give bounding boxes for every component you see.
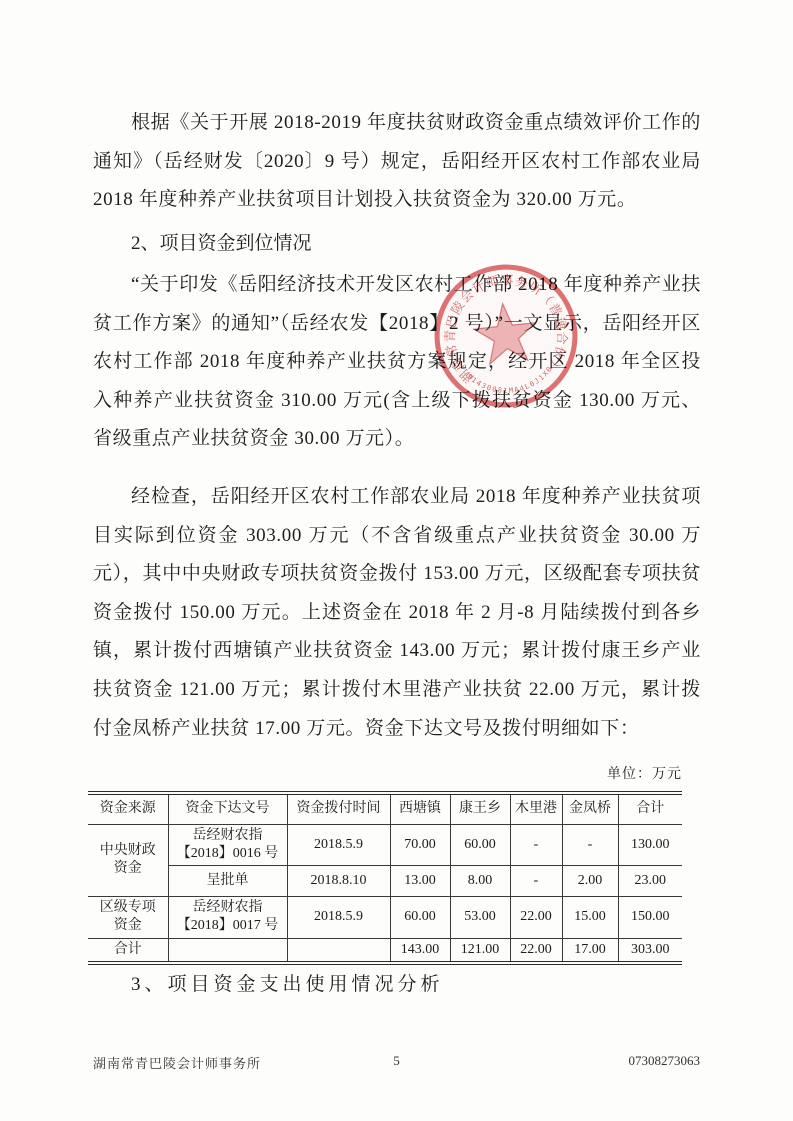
cell-total-value: 17.00 (562, 938, 618, 963)
col-header-muligang: 木里港 (510, 793, 562, 824)
cell-value: 22.00 (510, 896, 562, 938)
col-header-pay-date: 资金拨付时间 (287, 793, 390, 824)
fund-allocation-table: 资金来源 资金下达文号 资金拨付时间 西塘镇 康王乡 木里港 金凤桥 合计 中央… (88, 791, 682, 965)
cell-grand-total: 303.00 (618, 938, 682, 963)
cell-source-district: 区级专项资金 (88, 896, 168, 938)
col-header-kangwang: 康王乡 (450, 793, 510, 824)
cell-total-label: 合计 (88, 938, 168, 963)
table-row-district: 区级专项资金 岳经财农指【2018】0017 号 2018.5.9 60.00 … (88, 896, 682, 938)
cell-value: - (510, 824, 562, 865)
section-heading-2: 2、项目资金到位情况 (93, 225, 701, 264)
cell-row-total: 150.00 (618, 896, 682, 938)
cell-doc-0017: 岳经财农指【2018】0017 号 (168, 896, 287, 938)
cell-empty (287, 938, 390, 963)
col-header-fund-source: 资金来源 (88, 793, 168, 824)
cell-total-value: 121.00 (450, 938, 510, 963)
cell-value: 15.00 (562, 896, 618, 938)
col-header-total: 合计 (618, 793, 682, 824)
cell-value: 53.00 (450, 896, 510, 938)
cell-source-central: 中央财政资金 (88, 824, 168, 896)
cell-value: 2.00 (562, 865, 618, 896)
col-header-jinfengqiao: 金凤桥 (562, 793, 618, 824)
cell-value: - (510, 865, 562, 896)
paragraph-fund-arrival: “关于印发《岳阳经济技术开发区农村工作部 2018 年度种养产业扶贫工作方案》的… (93, 266, 701, 459)
cell-date: 2018.5.9 (287, 896, 390, 938)
table-unit-label: 单位：万元 (607, 763, 682, 783)
table-row-central-2: 呈批单 2018.8.10 13.00 8.00 - 2.00 23.00 (88, 865, 682, 896)
cell-row-total: 130.00 (618, 824, 682, 865)
table-row-central-1: 中央财政资金 岳经财农指【2018】0016 号 2018.5.9 70.00 … (88, 824, 682, 865)
page-footer: 湖南常青巴陵会计师事务所 5 07308273063 (93, 1053, 700, 1072)
cell-value: 60.00 (390, 896, 450, 938)
cell-doc-approval: 呈批单 (168, 865, 287, 896)
document-page: 根据《关于开展 2018-2019 年度扶贫财政资金重点绩效评价工作的通知》（岳… (0, 0, 793, 1121)
cell-total-value: 143.00 (390, 938, 450, 963)
cell-value: - (562, 824, 618, 865)
table-row-grand-total: 合计 143.00 121.00 22.00 17.00 303.00 (88, 938, 682, 963)
footer-phone-number: 07308273063 (498, 1053, 700, 1072)
cell-empty (168, 938, 287, 963)
cell-value: 60.00 (450, 824, 510, 865)
cell-date: 2018.8.10 (287, 865, 390, 896)
footer-page-number: 5 (295, 1053, 497, 1072)
paragraph-plan-funds: 根据《关于开展 2018-2019 年度扶贫财政资金重点绩效评价工作的通知》（岳… (93, 104, 701, 220)
cell-date: 2018.5.9 (287, 824, 390, 865)
table-header-row: 资金来源 资金下达文号 资金拨付时间 西塘镇 康王乡 木里港 金凤桥 合计 (88, 793, 682, 824)
cell-value: 8.00 (450, 865, 510, 896)
col-header-xitang: 西塘镇 (390, 793, 450, 824)
paragraph-inspection-detail: 经检查，岳阳经开区农村工作部农业局 2018 年度种养产业扶贫项目实际到位资金 … (93, 478, 701, 748)
cell-total-value: 22.00 (510, 938, 562, 963)
footer-firm-name: 湖南常青巴陵会计师事务所 (93, 1053, 295, 1072)
cell-row-total: 23.00 (618, 865, 682, 896)
section-heading-3: 3、项目资金支出使用情况分析 (93, 966, 701, 1005)
cell-doc-0016: 岳经财农指【2018】0016 号 (168, 824, 287, 865)
col-header-document-no: 资金下达文号 (168, 793, 287, 824)
cell-value: 70.00 (390, 824, 450, 865)
cell-value: 13.00 (390, 865, 450, 896)
